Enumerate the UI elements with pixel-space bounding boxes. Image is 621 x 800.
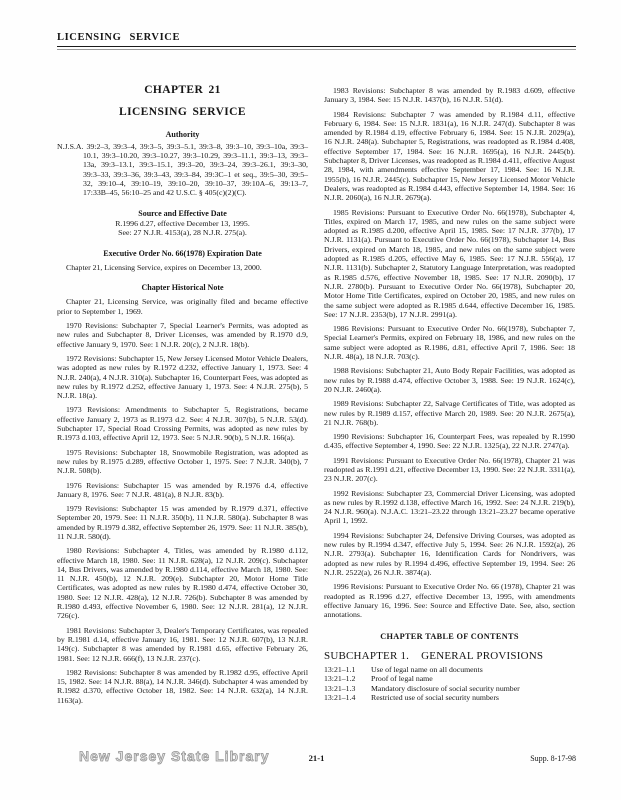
revision-paragraph-1972: 1972 Revisions: Subchapter 15, New Jerse… [57,354,308,400]
chapter-heading: CHAPTER 21 [57,86,308,95]
subchapter-title: GENERAL PROVISIONS [421,650,543,662]
revision-paragraph-1973: 1973 Revisions: Amendments to Subchapter… [57,405,308,442]
revision-paragraph-1980: 1980 Revisions: Subchapter 4, Titles, wa… [57,546,308,620]
toc-item: 13:21–1.3 Mandatory disclosure of social… [324,684,575,693]
revision-paragraph-1986: 1986 Revisions: Pursuant to Executive Or… [324,324,575,361]
running-head: LICENSING SERVICE [57,33,576,42]
chapter-toc-heading: CHAPTER TABLE OF CONTENTS [324,632,575,641]
toc-item-title: Use of legal name on all documents [371,665,575,674]
page-number: 21-1 [57,754,576,763]
revision-paragraph-1990: 1990 Revisions: Subchapter 16, Counterpa… [324,432,575,451]
toc-item: 13:21–1.1 Use of legal name on all docum… [324,665,575,674]
toc-item: 13:21–1.4 Restricted use of social secur… [324,693,575,702]
revision-paragraph-1975: 1975 Revisions: Subchapter 18, Snowmobil… [57,448,308,476]
header-rule [57,46,576,50]
two-column-body: CHAPTER 21 LICENSING SERVICE Authority N… [57,86,576,705]
toc-item-title: Restricted use of social security number… [371,693,575,702]
revision-paragraph-1992: 1992 Revisions: Subchapter 23, Commercia… [324,489,575,526]
document-page: LICENSING SERVICE CHAPTER 21 LICENSING S… [0,0,621,800]
authority-heading: Authority [57,130,308,139]
right-column: 1983 Revisions: Subchapter 8 was amended… [324,86,575,705]
revision-paragraph-1981: 1981 Revisions: Subchapter 3, Dealer's T… [57,626,308,663]
source-line-2: See: 27 N.J.R. 4153(a), 28 N.J.R. 275(a)… [57,228,308,237]
toc-item-number: 13:21–1.3 [324,684,371,693]
authority-text: N.J.S.A. 39:2–3, 39:3–4, 39:3–5, 39:3–5.… [57,142,308,198]
source-heading: Source and Effective Date [57,209,308,218]
revision-paragraph-1984: 1984 Revisions: Subchapter 7 was amended… [324,110,575,203]
supplement-date: Supp. 8-17-98 [530,754,576,763]
revision-paragraph-1976: 1976 Revisions: Subchapter 15 was amende… [57,481,308,500]
historical-intro: Chapter 21, Licensing Service, was origi… [57,297,308,316]
toc-list: 13:21–1.1 Use of legal name on all docum… [324,665,575,702]
source-line-1: R.1996 d.27, effective December 13, 1995… [57,219,308,228]
page-footer: New Jersey State Library 21-1 Supp. 8-17… [57,750,576,776]
revision-paragraph-1979: 1979 Revisions: Subchapter 15 was amende… [57,504,308,541]
subchapter-heading: SUBCHAPTER 1.GENERAL PROVISIONS [324,652,575,661]
expiration-heading: Executive Order No. 66(1978) Expiration … [57,249,308,258]
chapter-title: LICENSING SERVICE [57,108,308,117]
subchapter-label: SUBCHAPTER 1. [324,650,409,662]
revision-paragraph-1988: 1988 Revisions: Subchapter 21, Auto Body… [324,366,575,394]
revision-paragraph-1996: 1996 Revisions: Pursuant to Executive Or… [324,582,575,619]
revision-paragraph-1989: 1989 Revisions: Subchapter 22, Salvage C… [324,399,575,427]
historical-note-heading: Chapter Historical Note [57,283,308,292]
page-header: LICENSING SERVICE [57,33,576,50]
toc-item-number: 13:21–1.1 [324,665,371,674]
left-column: CHAPTER 21 LICENSING SERVICE Authority N… [57,86,308,705]
expiration-text: Chapter 21, Licensing Service, expires o… [57,263,308,272]
revision-paragraph-1982: 1982 Revisions: Subchapter 8 was amended… [57,668,308,705]
toc-item-title: Proof of legal name [371,674,575,683]
toc-item-number: 13:21–1.4 [324,693,371,702]
revision-paragraph-1970: 1970 Revisions: Subchapter 7, Special Le… [57,321,308,349]
toc-item-number: 13:21–1.2 [324,674,371,683]
revision-paragraph-1985: 1985 Revisions: Pursuant to Executive Or… [324,208,575,320]
revision-paragraph-1991: 1991 Revisions: Pursuant to Executive Or… [324,456,575,484]
toc-item: 13:21–1.2 Proof of legal name [324,674,575,683]
toc-item-title: Mandatory disclosure of social security … [371,684,575,693]
revision-paragraph-1983: 1983 Revisions: Subchapter 8 was amended… [324,86,575,105]
revision-paragraph-1994: 1994 Revisions: Subchapter 24, Defensive… [324,531,575,577]
